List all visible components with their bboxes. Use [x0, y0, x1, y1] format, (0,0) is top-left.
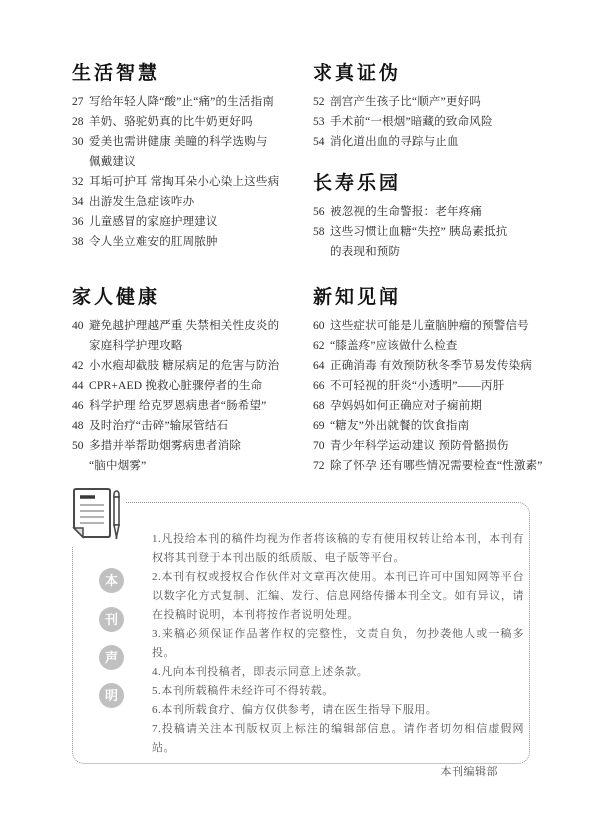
notepad-pen-icon [66, 485, 126, 547]
notice-item: 2.本刊有权或授权合作伙伴对文章再次使用。本刊已许可中国知网等平台以数字化方式复… [152, 568, 524, 625]
entry-page-number: 53 [313, 112, 330, 132]
section-new-knowledge: 新知见闻 60这些症状可能是儿童脑肿瘤的预警信号 62“膝盖疼”应该做什么检查 … [313, 288, 563, 476]
entry-page-number: 72 [313, 456, 330, 476]
toc-entry: 72除了怀孕 还有哪些情况需要检查“性激素” [313, 456, 563, 476]
entry-title: 正确消毒 有效预防秋冬季节易发传染病 [330, 356, 532, 376]
entry-page-number: 28 [72, 112, 89, 132]
entry-title: “膝盖疼”应该做什么检查 [330, 336, 458, 356]
section-life-wisdom: 生活智慧 27写给年轻人降“酸”止“痛”的生活指南 28羊奶、骆驼奶真的比牛奶更… [72, 64, 322, 252]
notice-text-block: 1.凡投给本刊的稿件均视为作者将该稿的专有使用权转让给本刊，本刊有权将其刊登于本… [152, 530, 524, 782]
section-truth-seeking: 求真证伪 52剖宫产生孩子比“顺产”更好吗 53手术前“一根烟”暗藏的致命风险 … [313, 64, 563, 152]
entry-title: 除了怀孕 还有哪些情况需要检查“性激素” [330, 456, 543, 476]
notice-item: 3.来稿必须保证作品著作权的完整性，文责自负，勿抄袭他人或一稿多投。 [152, 625, 524, 663]
entry-title: “糖友”外出就餐的饮食指南 [330, 416, 469, 436]
toc-entry: 50多措并举帮助烟雾病患者消除 [72, 436, 322, 456]
badge-char: 明 [99, 683, 124, 708]
entry-page-number: 69 [313, 416, 330, 436]
toc-entry-continuation: 佩戴建议 [72, 152, 322, 172]
section-family-health: 家人健康 40避免越护理越严重 失禁相关性皮炎的 家庭科学护理攻略 42小水疱却… [72, 288, 322, 476]
entry-page-number [313, 242, 330, 262]
entry-page-number: 40 [72, 316, 89, 336]
entry-page-number: 48 [72, 416, 89, 436]
toc-entry: 40避免越护理越严重 失禁相关性皮炎的 [72, 316, 322, 336]
entry-title: 这些症状可能是儿童脑肿瘤的预警信号 [330, 316, 529, 336]
toc-entry: 53手术前“一根烟”暗藏的致命风险 [313, 112, 563, 132]
toc-entry: 46科学护理 给克罗恩病患者“肠希望” [72, 396, 322, 416]
toc-entry: 42小水疱却截肢 糖尿病足的危害与防治 [72, 356, 322, 376]
toc-entry-continuation: “脑中烟雾” [72, 456, 322, 476]
entry-title: 儿童感冒的家庭护理建议 [89, 212, 218, 232]
entry-page-number [72, 336, 89, 356]
entry-title: 被忽视的生命警报：老年疼痛 [330, 202, 482, 222]
entry-title: 小水疱却截肢 糖尿病足的危害与防治 [89, 356, 279, 376]
entry-page-number: 42 [72, 356, 89, 376]
entry-title: 避免越护理越严重 失禁相关性皮炎的 [89, 316, 279, 336]
entry-title: 青少年科学运动建议 预防骨骼损伤 [330, 436, 509, 456]
toc-entry: 30爱美也需讲健康 美瞳的科学选购与 [72, 132, 322, 152]
entry-title: 剖宫产生孩子比“顺产”更好吗 [330, 92, 481, 112]
toc-entry: 69“糖友”外出就餐的饮食指南 [313, 416, 563, 436]
toc-entry: 62“膝盖疼”应该做什么检查 [313, 336, 563, 356]
toc-entry: 60这些症状可能是儿童脑肿瘤的预警信号 [313, 316, 563, 336]
entry-title: 这些习惯让血糖“失控” 胰岛素抵抗 [330, 222, 507, 242]
notice-item: 4.凡向本刊投稿者，即表示同意上述条款。 [152, 663, 524, 682]
toc-entry: 64正确消毒 有效预防秋冬季节易发传染病 [313, 356, 563, 376]
entry-page-number: 32 [72, 172, 89, 192]
entry-page-number: 70 [313, 436, 330, 456]
toc-entry: 58这些习惯让血糖“失控” 胰岛素抵抗 [313, 222, 563, 242]
entry-page-number: 27 [72, 92, 89, 112]
entry-title: 出游发生急症该咋办 [89, 192, 194, 212]
toc-entry: 48及时治疗“击碎”输尿管结石 [72, 416, 322, 436]
toc-entry: 34出游发生急症该咋办 [72, 192, 322, 212]
entry-page-number: 36 [72, 212, 89, 232]
entry-title: 不可轻视的肝炎“小透明”——丙肝 [330, 376, 504, 396]
entry-title: 多措并举帮助烟雾病患者消除 [89, 436, 241, 456]
toc-entry: 32耳垢可护耳 常掏耳朵小心染上这些病 [72, 172, 322, 192]
notice-item: 5.本刊所载稿件未经许可不得转载。 [152, 682, 524, 701]
entry-title: 令人坐立难安的肛周脓肿 [89, 232, 218, 252]
notice-item: 1.凡投给本刊的稿件均视为作者将该稿的专有使用权转让给本刊，本刊有权将其刊登于本… [152, 530, 524, 568]
entry-title: 羊奶、骆驼奶真的比牛奶更好吗 [89, 112, 253, 132]
entry-page-number: 52 [313, 92, 330, 112]
entry-title: 科学护理 给克罗恩病患者“肠希望” [89, 396, 266, 416]
entry-title: 手术前“一根烟”暗藏的致命风险 [330, 112, 493, 132]
notice-signature: 本刊编辑部 [152, 763, 524, 782]
entry-title: CPR+AED 挽救心脏骤停者的生命 [89, 376, 262, 396]
badge-char: 刊 [99, 607, 124, 632]
toc-entry: 52剖宫产生孩子比“顺产”更好吗 [313, 92, 563, 112]
entry-page-number: 66 [313, 376, 330, 396]
entry-page-number: 38 [72, 232, 89, 252]
entry-title: 爱美也需讲健康 美瞳的科学选购与 [89, 132, 268, 152]
toc-entry: 28羊奶、骆驼奶真的比牛奶更好吗 [72, 112, 322, 132]
entry-title: 写给年轻人降“酸”止“痛”的生活指南 [89, 92, 274, 112]
toc-entry-continuation: 家庭科学护理攻略 [72, 336, 322, 356]
entry-page-number [72, 152, 89, 172]
entry-page-number: 68 [313, 396, 330, 416]
toc-entry-continuation: 的表现和预防 [313, 242, 563, 262]
toc-entry: 44CPR+AED 挽救心脏骤停者的生命 [72, 376, 322, 396]
section-title: 新知见闻 [313, 288, 563, 308]
entry-page-number: 60 [313, 316, 330, 336]
entry-page-number: 34 [72, 192, 89, 212]
toc-entry: 38令人坐立难安的肛周脓肿 [72, 232, 322, 252]
badge-char: 声 [99, 645, 124, 670]
notice-item: 7.投稿请关注本刊版权页上标注的编辑部信息。请作者切勿相信虚假网站。 [152, 720, 524, 758]
toc-entry: 66不可轻视的肝炎“小透明”——丙肝 [313, 376, 563, 396]
entry-page-number [72, 456, 89, 476]
section-title: 生活智慧 [72, 64, 322, 84]
entry-title: 家庭科学护理攻略 [89, 336, 183, 356]
section-title: 长寿乐园 [313, 174, 563, 194]
magazine-toc-page: 生活智慧 27写给年轻人降“酸”止“痛”的生活指南 28羊奶、骆驼奶真的比牛奶更… [0, 0, 600, 835]
entry-page-number: 56 [313, 202, 330, 222]
entry-title: 的表现和预防 [330, 242, 400, 262]
entry-title: 佩戴建议 [89, 152, 136, 172]
section-title: 家人健康 [72, 288, 322, 308]
section-title: 求真证伪 [313, 64, 563, 84]
entry-page-number: 44 [72, 376, 89, 396]
entry-page-number: 62 [313, 336, 330, 356]
entry-page-number: 58 [313, 222, 330, 242]
toc-entry: 27写给年轻人降“酸”止“痛”的生活指南 [72, 92, 322, 112]
entry-title: 耳垢可护耳 常掏耳朵小心染上这些病 [89, 172, 279, 192]
entry-page-number: 30 [72, 132, 89, 152]
toc-entry: 56被忽视的生命警报：老年疼痛 [313, 202, 563, 222]
entry-page-number: 54 [313, 132, 330, 152]
entry-page-number: 64 [313, 356, 330, 376]
notice-item: 6.本刊所载食疗、偏方仅供参考，请在医生指导下服用。 [152, 701, 524, 720]
entry-title: 及时治疗“击碎”输尿管结石 [89, 416, 228, 436]
badge-char: 本 [99, 568, 124, 593]
entry-title: 消化道出血的寻踪与止血 [330, 132, 459, 152]
entry-title: 孕妈妈如何正确应对子痫前期 [330, 396, 482, 416]
entry-page-number: 50 [72, 436, 89, 456]
toc-entry: 70青少年科学运动建议 预防骨骼损伤 [313, 436, 563, 456]
toc-entry: 68孕妈妈如何正确应对子痫前期 [313, 396, 563, 416]
toc-entry: 36儿童感冒的家庭护理建议 [72, 212, 322, 232]
entry-page-number: 46 [72, 396, 89, 416]
toc-entry: 54消化道出血的寻踪与止血 [313, 132, 563, 152]
section-longevity-garden: 长寿乐园 56被忽视的生命警报：老年疼痛 58这些习惯让血糖“失控” 胰岛素抵抗… [313, 174, 563, 262]
entry-title: “脑中烟雾” [89, 456, 146, 476]
